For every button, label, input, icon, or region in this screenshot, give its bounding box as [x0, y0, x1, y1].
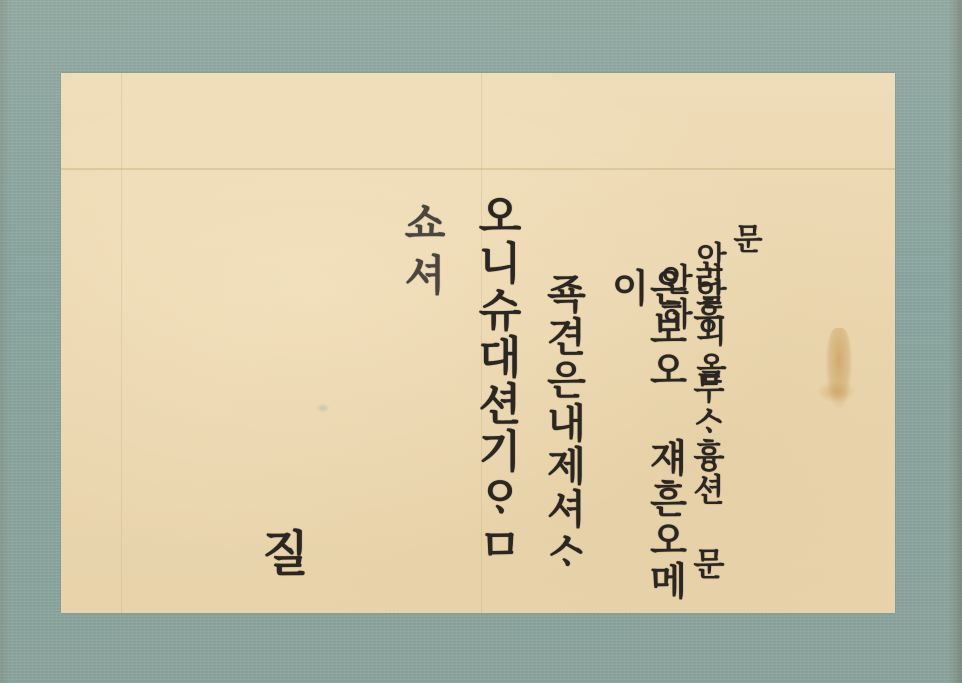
- letter-paper: 문 안알외올 리후 무ᄉᆞ흉션 문안하 은보오 쟤흔오메이 죡견은내제셔ᄉᆞ 오…: [61, 73, 895, 613]
- silk-mount-background: 문 안알외올 리후 무ᄉᆞ흉션 문안하 은보오 쟤흔오메이 죡견은내제셔ᄉᆞ 오…: [0, 0, 962, 683]
- text-column-5: 죡견은내제셔ᄉᆞ: [543, 273, 583, 574]
- text-column-7: 쇼셔: [401, 201, 443, 305]
- text-column-4: 은보오 쟤흔오메이: [608, 268, 684, 613]
- signature: 질: [257, 528, 305, 578]
- vertical-fold-line: [121, 73, 122, 613]
- water-stain: [816, 381, 856, 403]
- mount-right-edge: [948, 0, 962, 683]
- text-column-6: 오니슈대션기ᄋᆞㅁ: [473, 193, 517, 569]
- paper-spot: [316, 403, 330, 413]
- text-column-1: 문: [729, 223, 759, 255]
- horizontal-fold-line: [61, 168, 895, 170]
- mount-left-edge: [0, 0, 10, 683]
